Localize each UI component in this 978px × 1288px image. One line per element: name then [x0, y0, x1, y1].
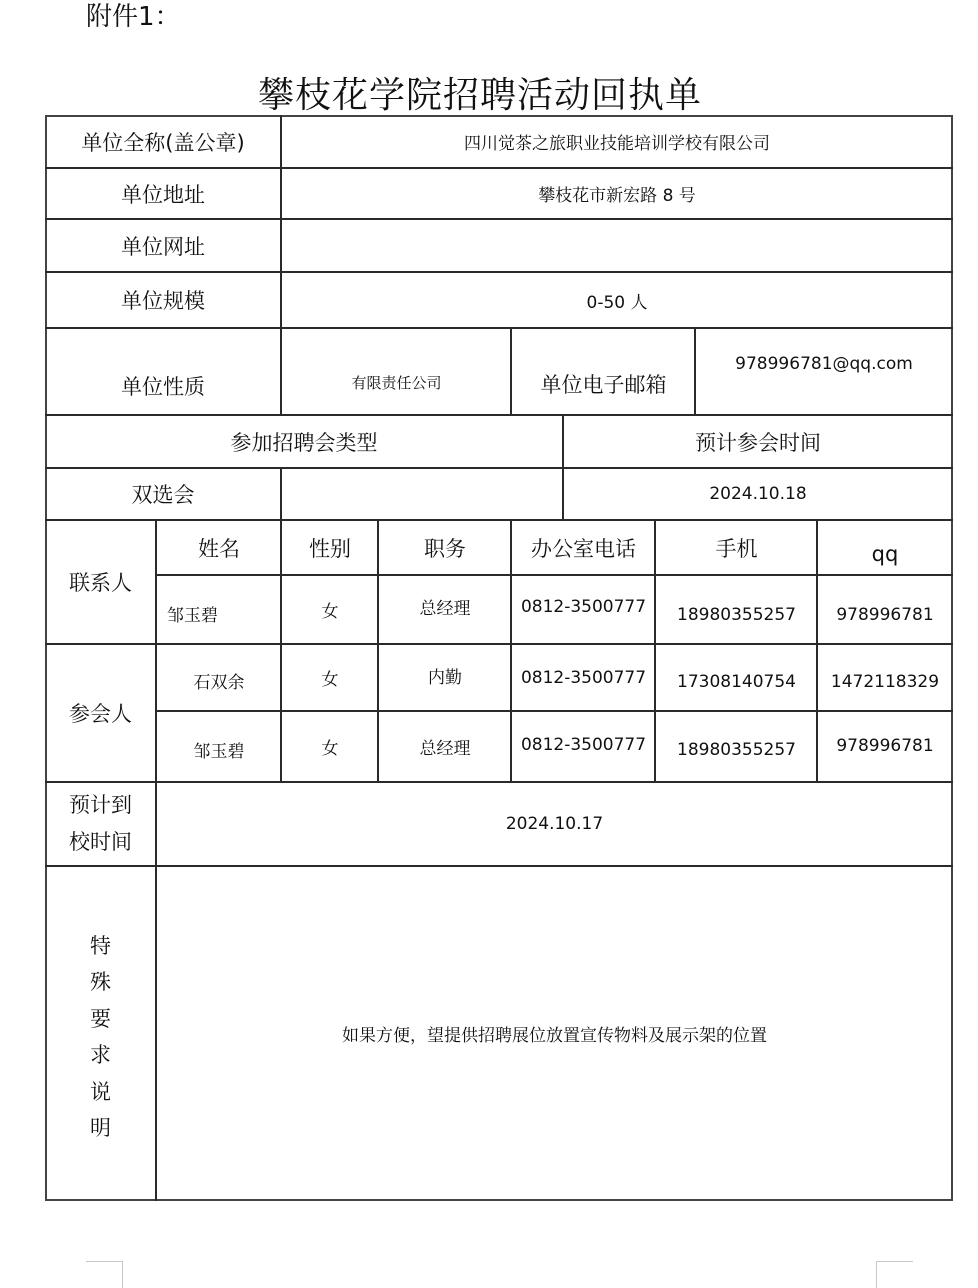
contact-mobile[interactable]: 18980355257: [656, 575, 817, 644]
attendee-name[interactable]: 邹玉碧: [157, 711, 281, 782]
page-title: 攀枝花学院招聘活动回执单: [0, 74, 960, 118]
special-label: 特 殊 要 求 说 明: [45, 866, 156, 1200]
arrival-label-line2: 校时间: [69, 824, 132, 861]
nature-value[interactable]: 有限责任公司: [282, 328, 511, 415]
address-value[interactable]: 攀枝花市新宏路 8 号: [282, 168, 952, 219]
page-corner-mark-right: [876, 1261, 913, 1288]
attendee-mobile[interactable]: 18980355257: [656, 711, 817, 782]
special-label-char: 求: [90, 1037, 111, 1074]
scale-value[interactable]: 0-50 人: [282, 272, 952, 328]
special-label-char: 特: [90, 928, 111, 965]
fair-type-label: 参加招聘会类型: [45, 415, 563, 468]
arrival-date[interactable]: 2024.10.17: [157, 782, 952, 866]
attendee-qq[interactable]: 1472118329: [818, 644, 952, 711]
col-header-office-phone: 办公室电话: [512, 520, 655, 575]
arrival-label-line1: 预计到: [69, 787, 132, 824]
fair-time-value[interactable]: 2024.10.18: [564, 468, 952, 520]
page-corner-mark-left: [86, 1261, 123, 1288]
website-value[interactable]: [282, 219, 952, 272]
col-header-mobile: 手机: [656, 520, 817, 575]
special-label-char: 要: [90, 1001, 111, 1038]
attendee-position[interactable]: 总经理: [379, 711, 511, 782]
attendee-office-phone[interactable]: 0812-3500777: [512, 711, 655, 782]
attendee-mobile[interactable]: 17308140754: [656, 644, 817, 711]
col-header-gender: 性别: [282, 520, 378, 575]
website-label: 单位网址: [45, 219, 281, 272]
attendee-name[interactable]: 石双余: [157, 644, 281, 711]
scale-label: 单位规模: [45, 272, 281, 328]
special-label-char: 明: [90, 1110, 111, 1147]
email-label: 单位电子邮箱: [512, 328, 695, 415]
contact-qq[interactable]: 978996781: [818, 575, 952, 644]
col-header-name: 姓名: [157, 520, 281, 575]
fair-type-extra[interactable]: [282, 468, 563, 520]
attachment-label: 附件1：: [86, 0, 181, 34]
address-label: 单位地址: [45, 168, 281, 219]
contact-position[interactable]: 总经理: [379, 575, 511, 644]
attendee-position[interactable]: 内勤: [379, 644, 511, 711]
contact-gender[interactable]: 女: [282, 575, 378, 644]
col-header-position: 职务: [379, 520, 511, 575]
contact-label: 联系人: [45, 520, 156, 644]
full-name-label: 单位全称(盖公章): [45, 115, 281, 168]
attendee-office-phone[interactable]: 0812-3500777: [512, 644, 655, 711]
arrival-label: 预计到 校时间: [45, 782, 156, 866]
fair-type-value[interactable]: 双选会: [45, 468, 281, 520]
attendee-gender[interactable]: 女: [282, 644, 378, 711]
email-value[interactable]: 978996781@qq.com: [696, 328, 952, 415]
fair-time-label: 预计参会时间: [564, 415, 952, 468]
attendee-gender[interactable]: 女: [282, 711, 378, 782]
full-name-value[interactable]: 四川觉茶之旅职业技能培训学校有限公司: [282, 115, 952, 168]
col-header-qq: qq: [818, 520, 952, 575]
special-label-char: 殊: [90, 964, 111, 1001]
attendee-label: 参会人: [45, 644, 156, 782]
contact-office-phone[interactable]: 0812-3500777: [512, 575, 655, 644]
nature-label: 单位性质: [45, 328, 281, 415]
contact-name[interactable]: 邹玉碧: [157, 575, 281, 644]
special-text[interactable]: 如果方便，望提供招聘展位放置宣传物料及展示架的位置: [157, 866, 952, 1200]
attendee-qq[interactable]: 978996781: [818, 711, 952, 782]
special-label-char: 说: [90, 1074, 111, 1111]
